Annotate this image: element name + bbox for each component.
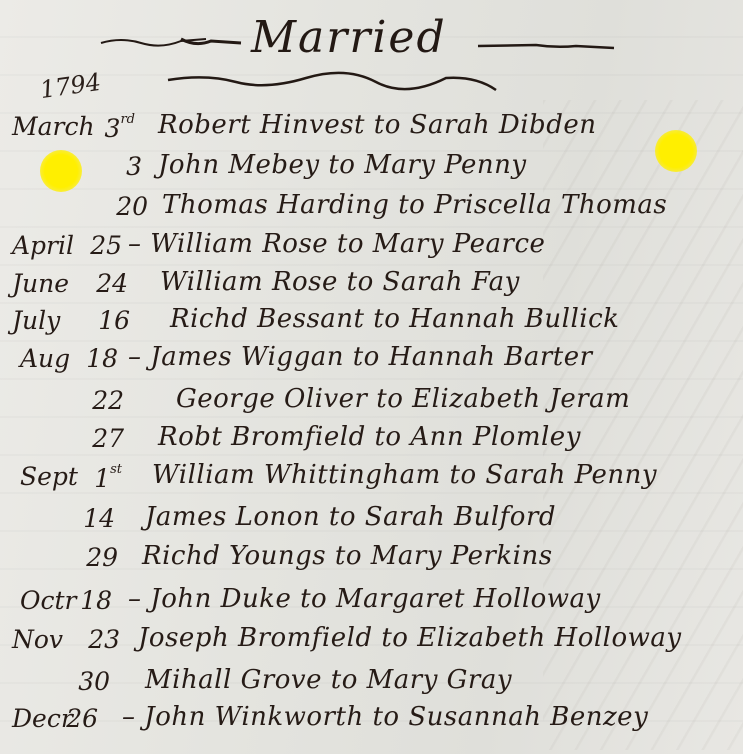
entry-names: William Whittingham to Sarah Penny (152, 460, 657, 490)
entry-day: 20 (98, 192, 148, 221)
entry-month: Aug (20, 344, 70, 373)
entry-day: 24 (78, 269, 128, 298)
yellow-dot-right-marker (655, 130, 697, 172)
entry-month: March (12, 112, 95, 141)
entry-day: 14 (65, 504, 115, 533)
entry-month: Nov (12, 625, 63, 654)
entry-row: Sept 1st William Whittingham to Sarah Pe… (0, 456, 743, 496)
entry-names: – John Duke to Margaret Holloway (128, 584, 601, 614)
entry-names: Joseph Bromfield to Elizabeth Holloway (138, 623, 682, 653)
entry-row: July 16 Richd Bessant to Hannah Bullick (0, 300, 743, 340)
entry-row: 14 James Lonon to Sarah Bulford (0, 498, 743, 538)
entry-names: Richd Youngs to Mary Perkins (142, 541, 553, 571)
entry-month: July (12, 306, 60, 335)
entry-names: Robert Hinvest to Sarah Dibden (158, 110, 596, 140)
entry-names: John Mebey to Mary Penny (158, 150, 527, 180)
entry-names: Mihall Grove to Mary Gray (145, 665, 512, 695)
entry-names: – James Wiggan to Hannah Barter (128, 342, 593, 372)
entry-row: Nov 23 Joseph Bromfield to Elizabeth Hol… (0, 619, 743, 659)
entry-row: March 3rd Robert Hinvest to Sarah Dibden (0, 106, 743, 146)
right-flourish-icon (476, 38, 616, 54)
left-flourish-icon (96, 33, 246, 53)
entry-day: 29 (68, 543, 118, 572)
entry-row: 27 Robt Bromfield to Ann Plomley (0, 418, 743, 458)
entry-row: 22 George Oliver to Elizabeth Jeram (0, 380, 743, 420)
entry-day: 30 (60, 667, 110, 696)
entry-day: 27 (74, 424, 124, 453)
entry-names: George Oliver to Elizabeth Jeram (176, 384, 630, 414)
heading-block: Married (96, 8, 616, 108)
entry-names: Robt Bromfield to Ann Plomley (158, 422, 581, 452)
entry-row: Octr 18 – John Duke to Margaret Holloway (0, 580, 743, 620)
entry-day: 26 (48, 704, 98, 733)
entry-row: Decr 26 – John Winkworth to Susannah Ben… (0, 698, 743, 738)
year-label: 1794 (38, 68, 102, 104)
entry-row: Aug 18 – James Wiggan to Hannah Barter (0, 338, 743, 378)
entry-month: June (12, 269, 69, 298)
entry-row: 29 Richd Youngs to Mary Perkins (0, 537, 743, 577)
entry-month: April (12, 231, 74, 260)
entry-day: 25 (72, 231, 122, 260)
entry-row: 20 Thomas Harding to Priscella Thomas (0, 186, 743, 226)
entry-names: William Rose to Sarah Fay (160, 267, 520, 297)
entry-row: 30 Mihall Grove to Mary Gray (0, 661, 743, 701)
entry-day: 23 (70, 625, 120, 654)
entry-names: – John Winkworth to Susannah Benzey (122, 702, 648, 732)
page-title: Married (251, 12, 447, 63)
entry-day: 16 (80, 306, 130, 335)
entry-row: June 24 William Rose to Sarah Fay (0, 263, 743, 303)
entry-row: April 25 – William Rose to Mary Pearce (0, 225, 743, 265)
entry-day: 3 (92, 152, 142, 181)
register-page: Married 1794 March 3rd Robert Hinvest to… (0, 0, 743, 754)
entry-day: 1st (72, 462, 122, 493)
entry-month: Sept (20, 462, 78, 491)
entry-day: 3rd (85, 112, 135, 143)
yellow-dot-left-marker (40, 150, 82, 192)
entry-day: 18 (62, 586, 112, 615)
entry-names: James Lonon to Sarah Bulford (145, 502, 556, 532)
entry-row: 3 John Mebey to Mary Penny (0, 146, 743, 186)
entry-names: – William Rose to Mary Pearce (128, 229, 545, 259)
entry-day: 18 (68, 344, 118, 373)
entry-names: Thomas Harding to Priscella Thomas (162, 190, 667, 220)
entry-day: 22 (74, 386, 124, 415)
underline-flourish-icon (166, 70, 506, 94)
entry-names: Richd Bessant to Hannah Bullick (170, 304, 619, 334)
